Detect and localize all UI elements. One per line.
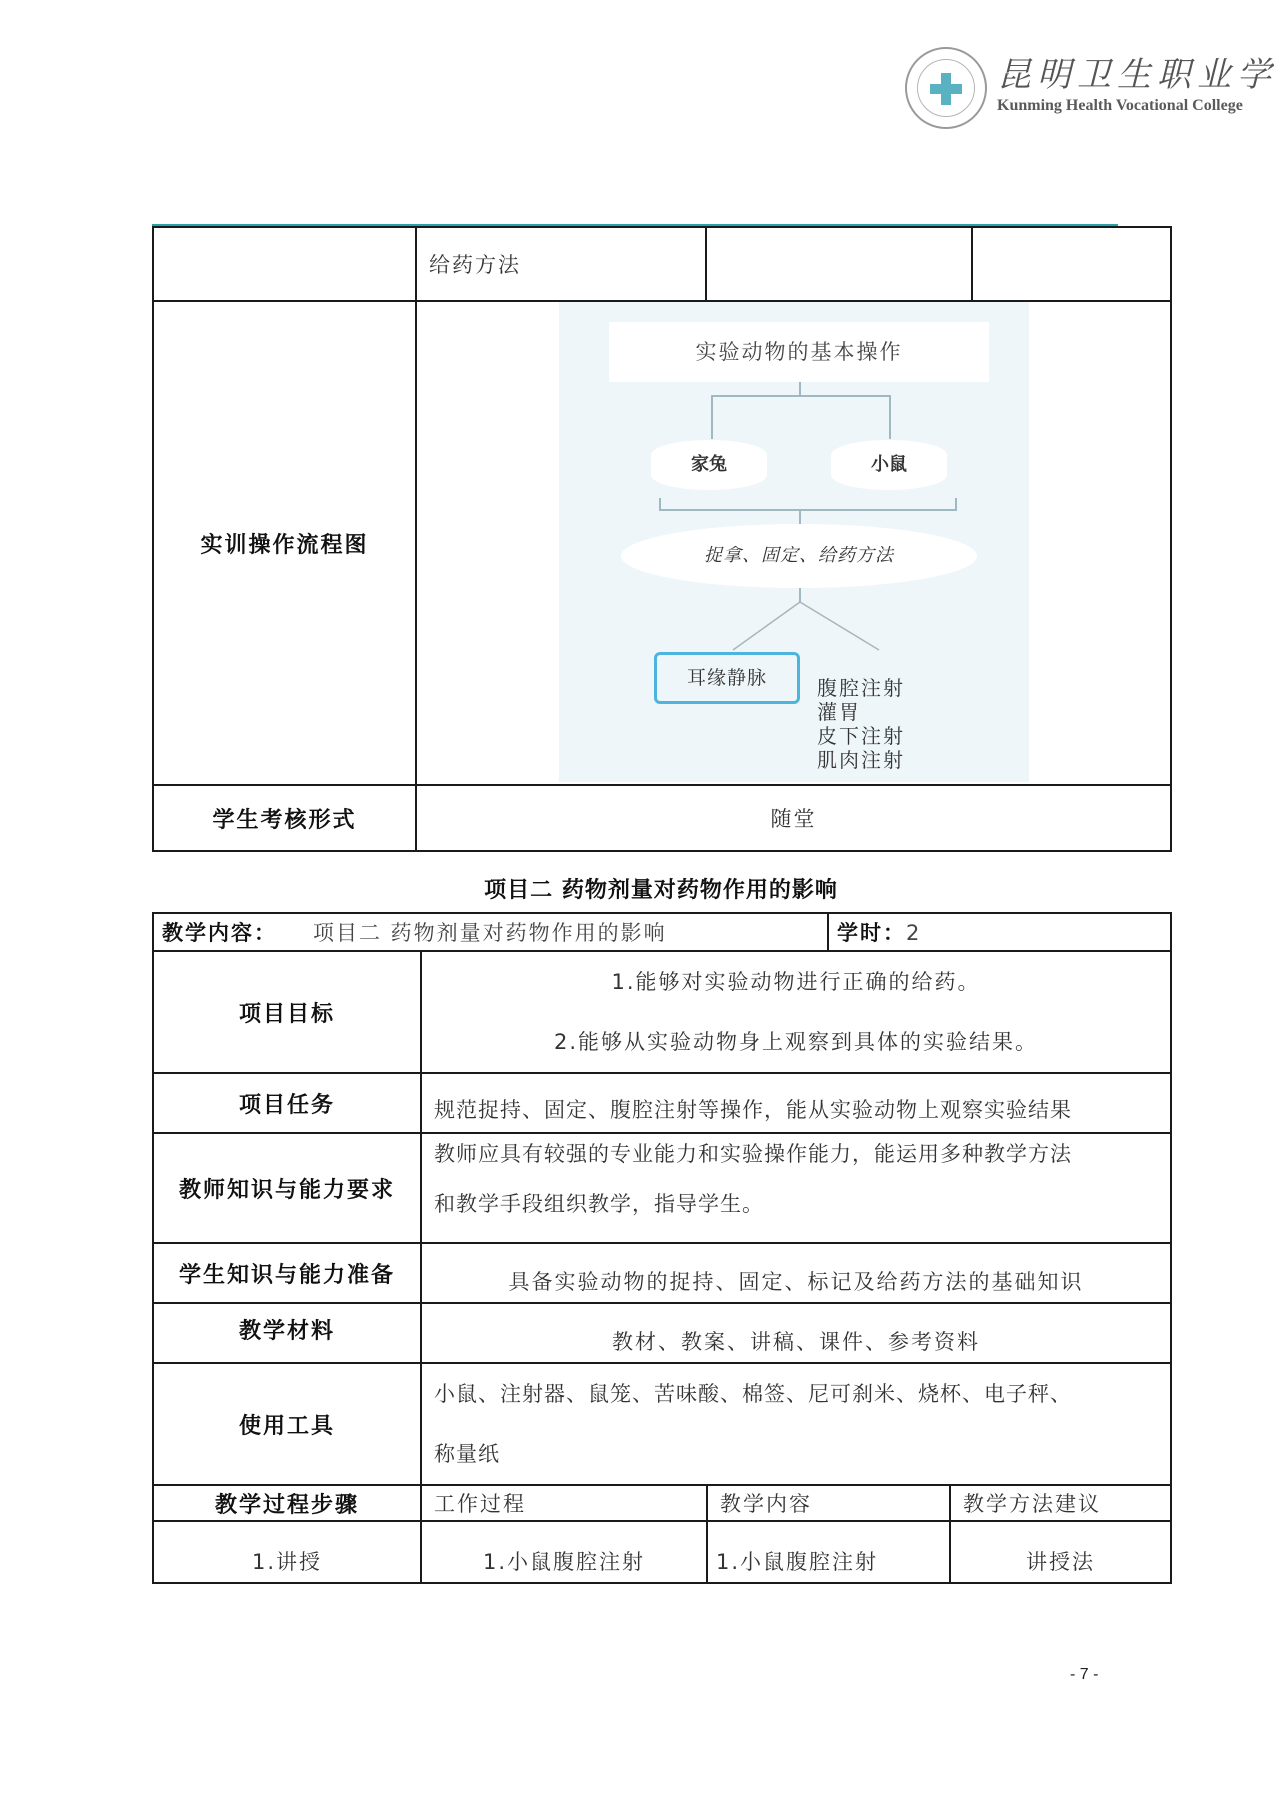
requirement-line: 和教学手段组织教学，指导学生。	[434, 1174, 1170, 1234]
method-item: 肌肉注射	[817, 748, 905, 772]
empty-cell	[706, 227, 972, 301]
college-logo: 昆明卫生职业学院 Kunming Health Vocational Colle…	[905, 45, 1265, 135]
assessment-value: 随堂	[416, 785, 1171, 851]
teaching-content-value: 项目二 药物剂量对药物作用的影响	[313, 921, 667, 945]
table-row: 教师知识与能力要求 教师应具有较强的专业能力和实验操作能力，能运用多种教学方法 …	[153, 1133, 1171, 1243]
table-row: 学生知识与能力准备 具备实验动物的捉持、固定、标记及给药方法的基础知识	[153, 1243, 1171, 1303]
row-label: 项目目标	[153, 951, 421, 1073]
table-row: 使用工具 小鼠、注射器、鼠笼、苦味酸、棉签、尼可刹米、烧杯、电子秤、 称量纸	[153, 1363, 1171, 1485]
table-row: 项目任务 规范捉持、固定、腹腔注射等操作，能从实验动物上观察实验结果	[153, 1073, 1171, 1133]
process-header-row: 教学过程步骤 工作过程 教学内容 教学方法建议	[153, 1485, 1171, 1521]
row-label-empty	[153, 227, 416, 301]
page-number: - 7 -	[1070, 1666, 1098, 1684]
table-row: 实训操作流程图 实验动物的基本操作 家兔 小鼠 捉拿、固定、给药方法	[153, 301, 1171, 785]
row-value: 具备实验动物的捉持、固定、标记及给药方法的基础知识	[421, 1243, 1171, 1303]
row-label-assessment: 学生考核形式	[153, 785, 416, 851]
empty-cell	[972, 227, 1171, 301]
section-title: 项目二 药物剂量对药物作用的影响	[152, 873, 1170, 904]
logo-chinese-name: 昆明卫生职业学院	[997, 47, 1274, 96]
goal-line: 1.能够对实验动物进行正确的给药。	[422, 952, 1170, 1012]
row-label: 使用工具	[153, 1363, 421, 1485]
flow-mouse-methods: 腹腔注射 灌胃 皮下注射 肌肉注射	[817, 676, 905, 772]
requirement-line: 教师应具有较强的专业能力和实验操作能力，能运用多种教学方法	[434, 1134, 1170, 1174]
tools-line: 称量纸	[434, 1424, 1170, 1484]
college-seal-icon	[905, 47, 987, 129]
flow-connector-lines	[559, 302, 1029, 782]
process-header-cell: 工作过程	[421, 1485, 707, 1521]
row-value: 教材、教案、讲稿、课件、参考资料	[421, 1303, 1171, 1363]
row-value: 1.能够对实验动物进行正确的给药。 2.能够从实验动物身上观察到具体的实验结果。	[421, 951, 1171, 1073]
flowchart-cell: 实验动物的基本操作 家兔 小鼠 捉拿、固定、给药方法 耳缘静脉	[416, 301, 1171, 785]
row-value: 教师应具有较强的专业能力和实验操作能力，能运用多种教学方法 和教学手段组织教学，…	[421, 1133, 1171, 1243]
process-header-cell: 教学内容	[707, 1485, 950, 1521]
process-row: 1.讲授 1.小鼠腹腔注射 1.小鼠腹腔注射 讲授法	[153, 1521, 1171, 1583]
process-cell: 讲授法	[950, 1521, 1171, 1583]
row-label: 学生知识与能力准备	[153, 1243, 421, 1303]
table-row: 教学材料 教材、教案、讲稿、课件、参考资料	[153, 1303, 1171, 1363]
method-cell: 给药方法	[416, 227, 706, 301]
project-table: 教学内容：项目二 药物剂量对药物作用的影响 学时：2 项目目标 1.能够对实验动…	[152, 912, 1172, 1584]
process-header-cell: 教学过程步骤	[153, 1485, 421, 1521]
training-table: 给药方法 实训操作流程图 实验动物的基本操作 家兔 小鼠 捉拿、固定、给药方法	[152, 226, 1172, 852]
tools-line: 小鼠、注射器、鼠笼、苦味酸、棉签、尼可刹米、烧杯、电子秤、	[434, 1364, 1170, 1424]
flowchart-diagram: 实验动物的基本操作 家兔 小鼠 捉拿、固定、给药方法 耳缘静脉	[559, 302, 1029, 782]
flow-node-ear-vein: 耳缘静脉	[654, 652, 800, 704]
hours-cell: 学时：2	[828, 913, 1171, 951]
process-header-cell: 教学方法建议	[950, 1485, 1171, 1521]
row-label: 项目任务	[153, 1073, 421, 1133]
process-cell: 1.小鼠腹腔注射	[421, 1521, 707, 1583]
table-row: 给药方法	[153, 227, 1171, 301]
process-cell: 1.小鼠腹腔注射	[707, 1521, 950, 1583]
method-item: 腹腔注射	[817, 676, 905, 700]
method-item: 皮下注射	[817, 724, 905, 748]
teaching-content-cell: 教学内容：项目二 药物剂量对药物作用的影响	[153, 913, 828, 951]
hours-value: 2	[906, 921, 919, 945]
table-row: 教学内容：项目二 药物剂量对药物作用的影响 学时：2	[153, 913, 1171, 951]
table-row: 项目目标 1.能够对实验动物进行正确的给药。 2.能够从实验动物身上观察到具体的…	[153, 951, 1171, 1073]
goal-line: 2.能够从实验动物身上观察到具体的实验结果。	[422, 1012, 1170, 1072]
row-label: 教学材料	[153, 1303, 421, 1363]
process-cell: 1.讲授	[153, 1521, 421, 1583]
logo-english-name: Kunming Health Vocational College	[997, 97, 1243, 115]
row-value: 规范捉持、固定、腹腔注射等操作，能从实验动物上观察实验结果	[421, 1073, 1171, 1133]
row-value: 小鼠、注射器、鼠笼、苦味酸、棉签、尼可刹米、烧杯、电子秤、 称量纸	[421, 1363, 1171, 1485]
hours-label: 学时：	[837, 920, 906, 945]
method-item: 灌胃	[817, 700, 905, 724]
table-row: 学生考核形式 随堂	[153, 785, 1171, 851]
row-label: 教师知识与能力要求	[153, 1133, 421, 1243]
row-label-flowchart: 实训操作流程图	[153, 301, 416, 785]
teaching-content-label: 教学内容：	[162, 920, 277, 945]
